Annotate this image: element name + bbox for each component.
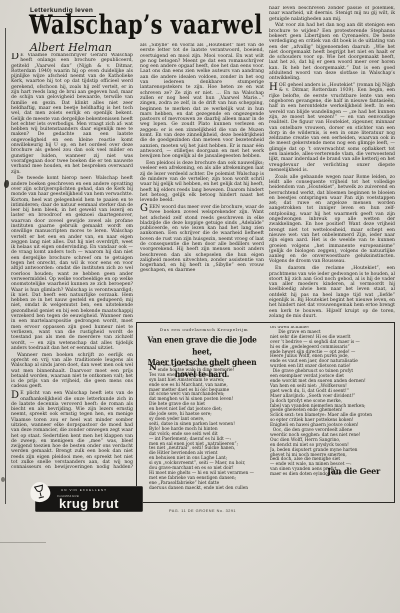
scan-edge-line: [5, 28, 6, 504]
article-paragraph: En daarom die reclame „Houtekiet”, een p…: [269, 266, 395, 319]
drop-cap: D: [11, 53, 19, 62]
article-paragraph: De tweede komt hierop neer: Walschap hee…: [11, 176, 133, 351]
paragraph-text: E Vlaamse romanschrijver Gerard Walschap…: [11, 53, 133, 175]
article-paragraph: Zoals alle gebaande wegen naar Rome leid…: [269, 175, 395, 265]
article-paragraph: DE plicht van een Walschap heeft iets va…: [11, 391, 133, 470]
article-paragraph: DE Vlaamse romanschrijver Gerard Walscha…: [11, 53, 133, 175]
article-title: Walschap’s vaarwel: [29, 10, 263, 41]
article-paragraph: Wanneer men boeken schrijft zo eerlijk e…: [11, 353, 133, 390]
poem-column-left: NU hoirt hier dese scone ystorie ende ho…: [149, 364, 261, 497]
paragraph-text: EEN woord dus meer over die brochure, wa…: [140, 205, 264, 274]
article-column-1: DE Vlaamse romanschrijver Gerard Walscha…: [11, 53, 133, 470]
poem-caption: Dus een oudvlaemsch Kreupelrijm: [148, 327, 260, 332]
article-paragraph: Een pleidooi is deze brochure dan ook na…: [140, 161, 264, 203]
newspaper-page: Letterkundig leven Walschap’s vaarwel Al…: [0, 0, 400, 613]
article-paragraph: HOE geheel anders is „Houtekiet” (roman …: [269, 83, 395, 173]
ad-brand: krug brut: [59, 496, 119, 511]
scan-fold-mark: [0, 542, 46, 543]
poem-signature: Jan die Geer: [270, 466, 392, 476]
paragraph-text: E plicht van een Walschap heeft iets van…: [11, 391, 133, 470]
paragraph-text: OE geheel anders is „Houtekiet” (roman b…: [269, 83, 395, 173]
ink-blot: [1, 477, 5, 482]
ink-blot: [4, 180, 9, 188]
article-paragraph: Wat voor zin had het dan nog aan dit ste…: [269, 23, 395, 81]
champagne-glass-icon: [28, 480, 52, 504]
drop-cap: H: [269, 84, 278, 93]
article-paragraph: GEEN woord dus meer over die brochure, w…: [140, 205, 264, 274]
article-column-3: haar leven beschreven zonder passie of p…: [269, 6, 395, 319]
poem-column-right: tot uwen lichame! Die grave en maect nie…: [270, 326, 389, 478]
article-column-2: als „Sibylle” en vooral als „Houtekiet” …: [140, 43, 264, 320]
drop-cap: G: [140, 205, 148, 214]
page-footer: PAG. 11 DE GROENE No. 3291: [145, 509, 260, 513]
drop-cap: D: [11, 392, 19, 401]
drop-cap: N: [149, 364, 157, 373]
article-paragraph: haar leven beschreven zonder passie of p…: [269, 6, 395, 22]
poem-text: U hoirt hier dese scone ystorie ende hou…: [149, 364, 254, 491]
champagne-ad: UN VIN EXCELLENT CHAMPAGNE krug brut: [35, 486, 143, 512]
ad-tagline: UN VIN EXCELLENT: [61, 488, 107, 492]
article-paragraph: als „Sibylle” en vooral als „Houtekiet” …: [140, 43, 264, 160]
